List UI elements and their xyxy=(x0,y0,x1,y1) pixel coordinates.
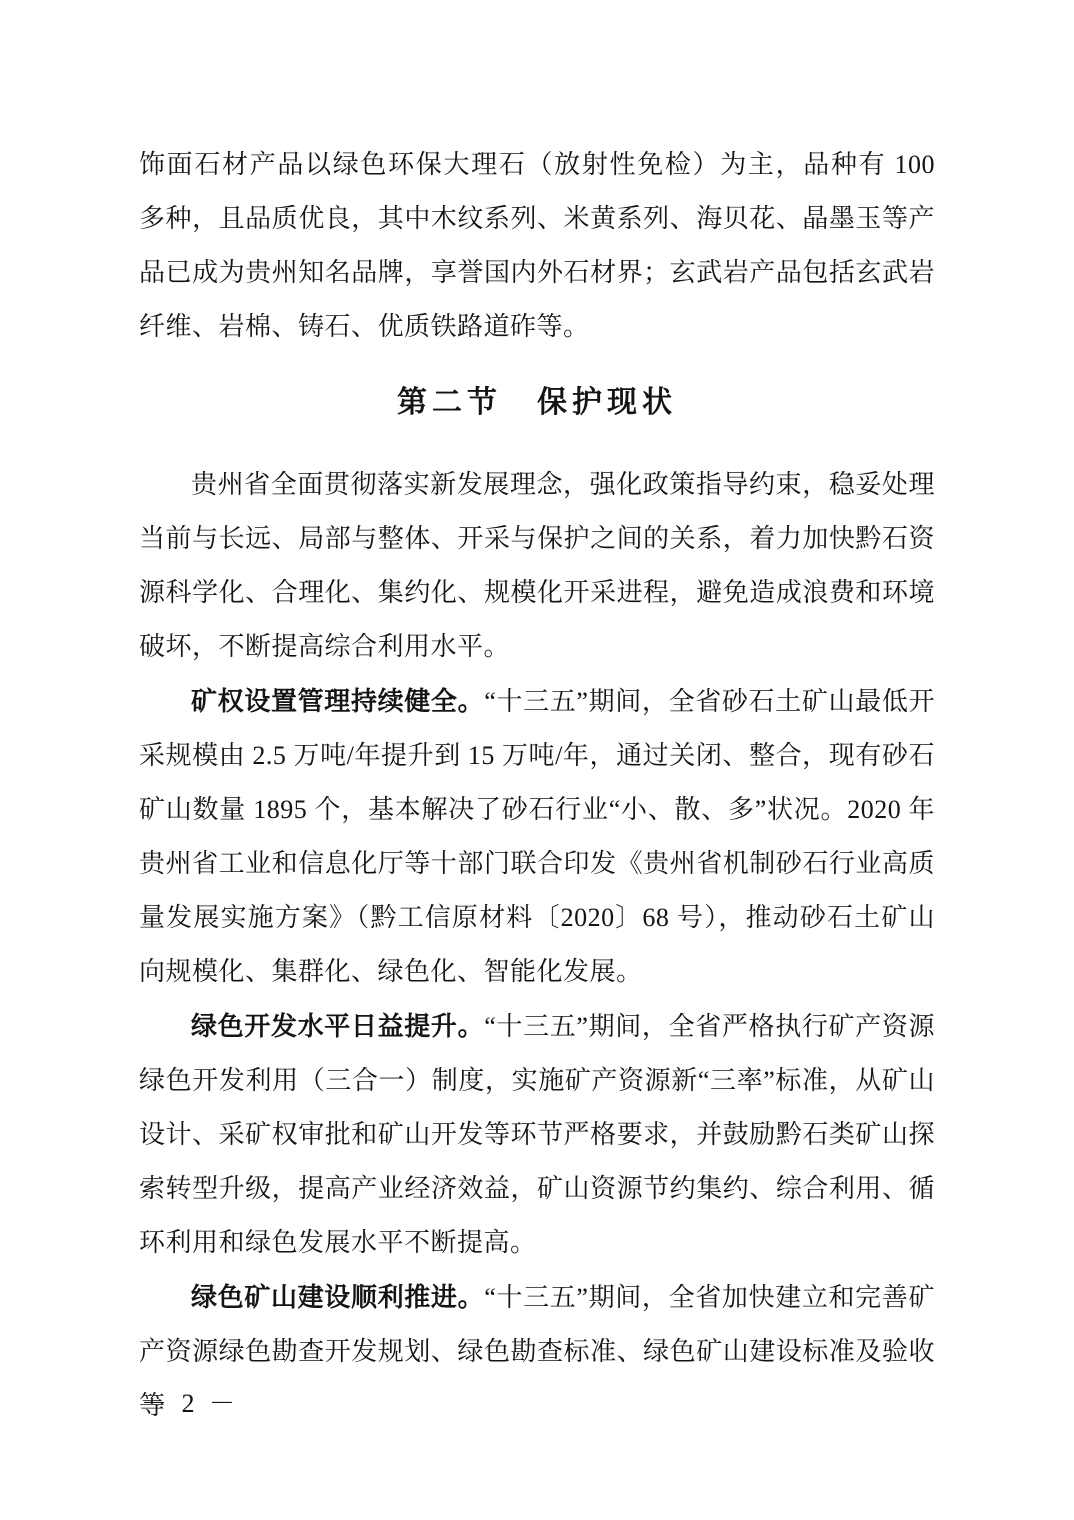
body-text: 贵州省全面贯彻落实新发展理念，强化政策指导约束，稳妥处理当前与长远、局部与整体、… xyxy=(139,470,935,661)
paragraph: 矿权设置管理持续健全。“十三五”期间，全省砂石土矿山最低开采规模由 2.5 万吨… xyxy=(139,674,935,999)
section-heading: 第二节 保护现状 xyxy=(139,376,935,430)
paragraph: 贵州省全面贯彻落实新发展理念，强化政策指导约束，稳妥处理当前与长远、局部与整体、… xyxy=(139,458,935,674)
body-text: “十三五”期间，全省严格执行矿产资源绿色开发利用（三合一）制度，实施矿产资源新“… xyxy=(139,1012,935,1257)
page-number: － 2 － xyxy=(141,1384,239,1424)
paragraph: 绿色开发水平日益提升。“十三五”期间，全省严格执行矿产资源绿色开发利用（三合一）… xyxy=(139,999,935,1270)
document-content: 饰面石材产品以绿色环保大理石（放射性免检）为主，品种有 100 多种，且品质优良… xyxy=(139,138,935,1433)
bold-lead-text: 矿权设置管理持续健全。 xyxy=(191,686,484,716)
paragraph: 绿色矿山建设顺利推进。“十三五”期间，全省加快建立和完善矿产资源绿色勘查开发规划… xyxy=(139,1270,935,1433)
body-text: “十三五”期间，全省砂石土矿山最低开采规模由 2.5 万吨/年提升到 15 万吨… xyxy=(139,687,935,986)
document-page: 饰面石材产品以绿色环保大理石（放射性免检）为主，品种有 100 多种，且品质优良… xyxy=(0,0,1074,1520)
body-text: 饰面石材产品以绿色环保大理石（放射性免检）为主，品种有 100 多种，且品质优良… xyxy=(139,150,935,341)
bold-lead-text: 绿色开发水平日益提升。 xyxy=(191,1011,484,1041)
bold-lead-text: 绿色矿山建设顺利推进。 xyxy=(191,1282,484,1312)
paragraph: 饰面石材产品以绿色环保大理石（放射性免检）为主，品种有 100 多种，且品质优良… xyxy=(139,138,935,354)
